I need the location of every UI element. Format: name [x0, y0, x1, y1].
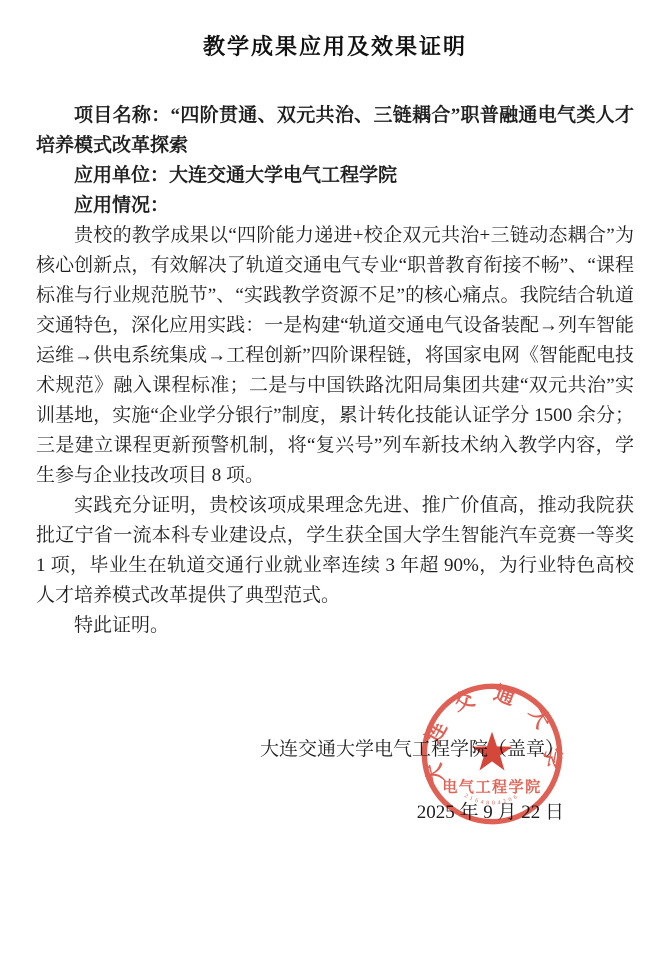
signature-date: 2025 年 9 月 22 日 — [417, 799, 564, 827]
certificate-page: 教学成果应用及效果证明 项目名称：“四阶贯通、双元共治、三链耦合”职普融通电气类… — [0, 0, 670, 977]
seal-arc-text: 大连交通大学 — [419, 681, 565, 786]
closing-statement: 特此证明。 — [36, 611, 634, 641]
signature-org-line: 大连交通大学电气工程学院（盖章） — [260, 736, 564, 764]
application-status-label: 应用情况： — [36, 191, 634, 221]
applying-unit-line: 应用单位：大连交通大学电气工程学院 — [36, 161, 634, 191]
document-title: 教学成果应用及效果证明 — [0, 0, 670, 61]
body-paragraph-2: 实践充分证明，贵校该项成果理念先进、推广价值高，推动我院获批辽宁省一流本科专业建… — [36, 491, 634, 611]
project-name-line: 项目名称：“四阶贯通、双元共治、三链耦合”职普融通电气类人才培养模式改革探索 — [36, 101, 634, 161]
seal-center-text: 电气工程学院 — [442, 778, 541, 796]
body-paragraph-1: 贵校的教学成果以“四阶能力递进+校企双元共治+三链动态耦合”为核心创新点，有效解… — [36, 221, 634, 491]
document-body: 项目名称：“四阶贯通、双元共治、三链耦合”职普融通电气类人才培养模式改革探索 应… — [36, 101, 634, 641]
